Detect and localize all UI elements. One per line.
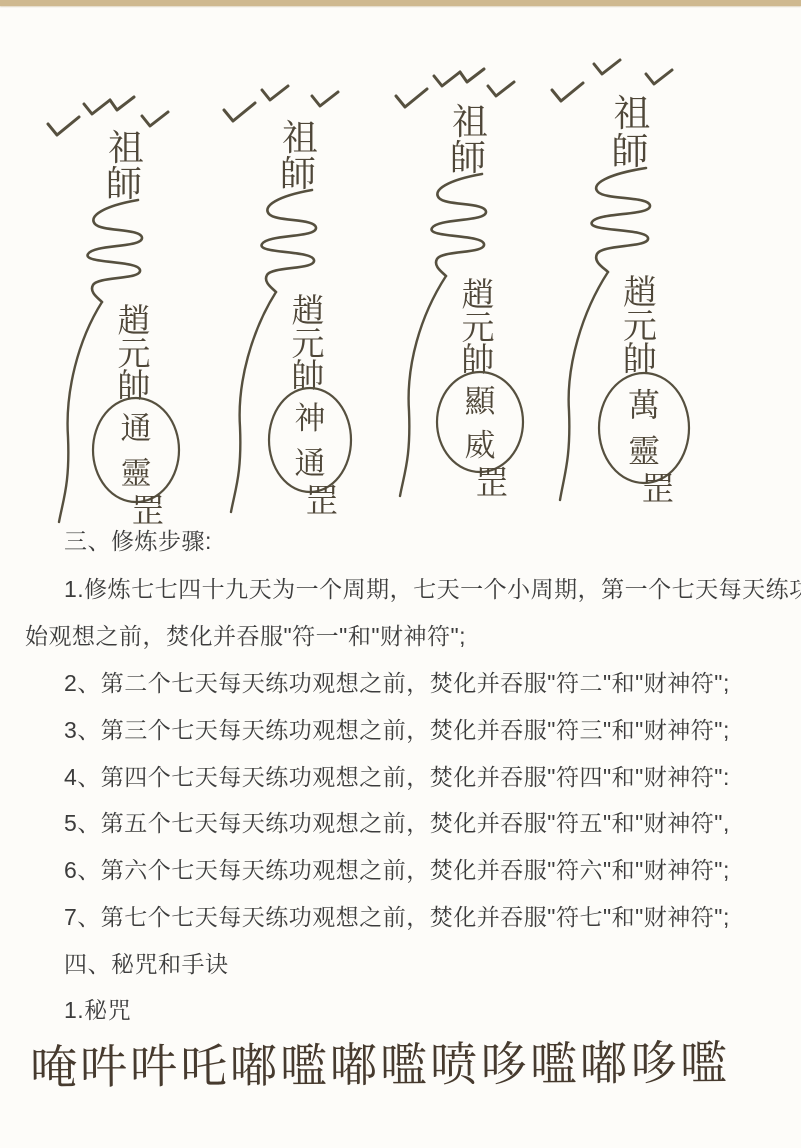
spiral-stroke — [88, 200, 142, 302]
talisman-circled-char: 顯 — [465, 384, 497, 419]
talisman-2: 祖 師 趙 元 帥 神 通 罡 — [212, 82, 382, 514]
talisman-foot-char: 罡 — [306, 482, 339, 519]
talisman-char: 祖 — [108, 127, 144, 168]
section-4-heading: 四、秘咒和手诀 — [64, 946, 229, 979]
talisman-circled-char: 神 — [295, 401, 326, 436]
step-line-5: 5、第五个七天每天练功观想之前，焚化并吞服"符五"和"财神符", — [64, 805, 730, 838]
check-marks-icon — [224, 86, 338, 121]
step-line-6: 6、第六个七天每天练功观想之前，焚化并吞服"符六"和"财神符"; — [64, 852, 730, 885]
talisman-circled-char: 萬 — [628, 387, 660, 423]
spiral-stroke — [432, 174, 486, 276]
talisman-1: 祖 師 趙 元 帥 通 靈 罡 — [38, 92, 208, 524]
talisman-char: 師 — [106, 163, 142, 204]
talisman-char: 趙 — [118, 302, 151, 339]
scanned-document-page: 祖 師 趙 元 帥 通 靈 罡 祖 師 趙 元 帥 — [0, 0, 801, 1148]
talisman-circled-char: 靈 — [628, 433, 660, 469]
tail-stroke — [231, 292, 276, 512]
talisman-3: 祖 師 趙 元 帥 顯 威 罡 — [382, 66, 552, 498]
talisman-circled-char: 通 — [295, 446, 326, 481]
talisman-4: 祖 師 趙 元 帥 萬 靈 罡 — [542, 56, 722, 502]
talisman-char: 祖 — [614, 93, 651, 134]
tail-stroke — [400, 276, 446, 496]
step-line-3: 3、第三个七天每天练功观想之前，焚化并吞服"符三"和"财神符"; — [64, 712, 730, 745]
step-line-7: 7、第七个七天每天练功观想之前，焚化并吞服"符七"和"财神符"; — [64, 899, 730, 932]
talisman-circled-char: 靈 — [121, 456, 152, 491]
talisman-3-drawing: 祖 師 趙 元 帥 顯 威 罡 — [382, 66, 552, 498]
talisman-char: 祖 — [282, 117, 318, 158]
talisman-4-drawing: 祖 師 趙 元 帥 萬 靈 罡 — [542, 56, 722, 502]
talisman-char: 祖 — [452, 101, 488, 142]
talisman-char: 師 — [612, 131, 649, 172]
talisman-foot-char: 罡 — [476, 464, 509, 501]
talisman-char: 師 — [280, 153, 316, 194]
tail-stroke — [560, 272, 608, 500]
mantra-label: 1.秘咒 — [64, 992, 131, 1025]
talisman-foot-char: 罡 — [642, 470, 675, 507]
talisman-circled-char: 威 — [465, 428, 496, 463]
talisman-char: 師 — [450, 137, 486, 178]
step-line-2: 2、第二个七天每天练功观想之前，焚化并吞服"符二"和"财神符"; — [64, 665, 730, 698]
talisman-char: 趙 — [623, 274, 657, 312]
step-line-4: 4、第四个七天每天练功观想之前，焚化并吞服"符四"和"财神符": — [64, 759, 730, 792]
spiral-stroke — [262, 190, 316, 292]
top-border-bar — [0, 0, 801, 6]
talisman-1-drawing: 祖 師 趙 元 帥 通 靈 罡 — [38, 92, 208, 524]
handwritten-mantra: 唵吽吽吒嘟嚂嘟嚂喷哆嚂嘟哆嚂 — [30, 1025, 801, 1097]
talisman-2-drawing: 祖 師 趙 元 帥 神 通 罡 — [212, 82, 382, 514]
talisman-char: 趙 — [292, 292, 325, 329]
step-line-1-continued: 始观想之前，焚化并吞服"符一"和"财神符"; — [25, 618, 466, 651]
talisman-circled-char: 通 — [121, 411, 152, 446]
spiral-stroke — [592, 168, 650, 272]
check-marks-icon — [552, 60, 672, 101]
talisman-char: 趙 — [462, 276, 495, 313]
section-3-heading: 三、修炼步骤: — [64, 523, 212, 556]
tail-stroke — [59, 302, 102, 522]
step-line-1: 1.修炼七七四十九天为一个周期，七天一个小周期，第一个七天每天练功开 — [64, 571, 801, 604]
